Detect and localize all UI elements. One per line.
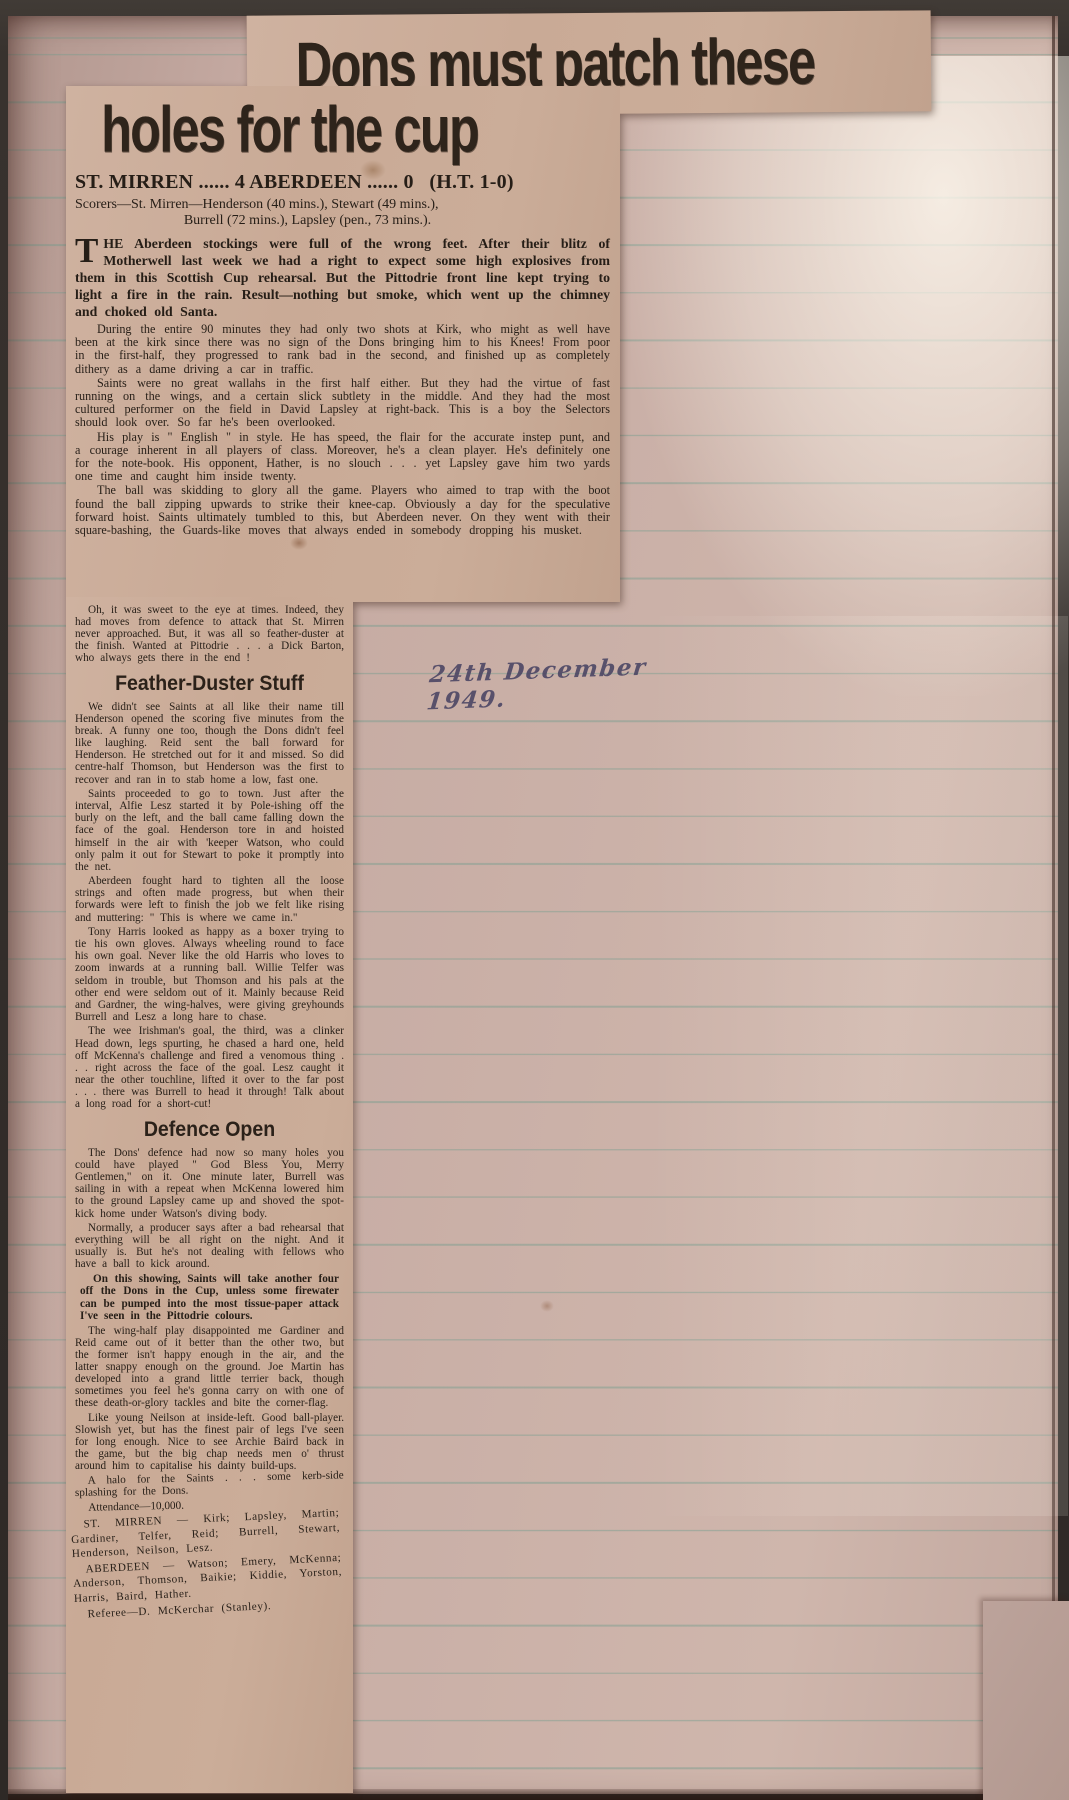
column-paragraph: Tony Harris looked as happy as a boxer t…: [75, 926, 344, 1023]
subheading-feather-duster: Feather-Duster Stuff: [84, 672, 334, 696]
article-paragraph: During the entire 90 minutes they had on…: [75, 323, 610, 376]
drop-cap: T: [75, 235, 103, 265]
column-paragraph: The wee Irishman's goal, the third, was …: [75, 1025, 344, 1110]
subheading-defence-open: Defence Open: [84, 1118, 334, 1142]
column-paragraph: Oh, it was sweet to the eye at times. In…: [75, 604, 344, 664]
column-paragraph: A halo for the Saints . . . some kerb-si…: [75, 1469, 344, 1499]
team-lists: ST. MIRREN — Kirk; Lapsley, Martin; Gard…: [70, 1505, 343, 1621]
column-bold-paragraph: On this showing, Saints will take anothe…: [75, 1273, 344, 1322]
lead-paragraph: THE Aberdeen stockings were full of the …: [75, 235, 610, 320]
paper-scrap: [983, 1601, 1069, 1800]
handwritten-date: 24th December 1949.: [425, 651, 731, 716]
lead-paragraph-text: HE Aberdeen stockings were full of the w…: [75, 236, 610, 319]
article-paragraph: Saints were no great wallahs in the firs…: [75, 377, 610, 430]
scorers-line2: Burrell (72 mins.), Lapsley (pen., 73 mi…: [75, 213, 610, 229]
match-scoreline: ST. MIRREN ...... 4 ABERDEEN ...... 0 (H…: [75, 171, 610, 194]
article-paragraph: The ball was skidding to glory all the g…: [75, 484, 610, 537]
scorers-line1: Scorers—St. Mirren—Henderson (40 mins.),…: [75, 197, 610, 213]
article-paragraph: His play is " English " in style. He has…: [75, 431, 610, 484]
column-paragraph: Aberdeen fought hard to tighten all the …: [75, 875, 344, 923]
clipping-column: Oh, it was sweet to the eye at times. In…: [66, 597, 353, 1793]
column-paragraph: Like young Neilson at inside-left. Good …: [75, 1412, 344, 1472]
paper-stain: [540, 1300, 554, 1312]
column-paragraph: The wing-half play disappointed me Gardi…: [75, 1325, 344, 1410]
column-paragraph: Normally, a producer says after a bad re…: [75, 1222, 344, 1270]
scrapbook-photo: Dons must patch these holes for the cup …: [0, 0, 1069, 1800]
paper-stain: [360, 160, 386, 180]
column-paragraph: Saints proceeded to go to town. Just aft…: [75, 788, 344, 873]
clippings-layer: Dons must patch these holes for the cup …: [0, 0, 1069, 1800]
headline-line2: holes for the cup: [75, 86, 540, 170]
clipping-article: holes for the cup ST. MIRREN ...... 4 AB…: [66, 86, 620, 602]
column-paragraph: The Dons' defence had now so many holes …: [75, 1147, 344, 1220]
column-paragraph: We didn't see Saints at all like their n…: [75, 701, 344, 786]
paper-stain: [290, 536, 308, 550]
